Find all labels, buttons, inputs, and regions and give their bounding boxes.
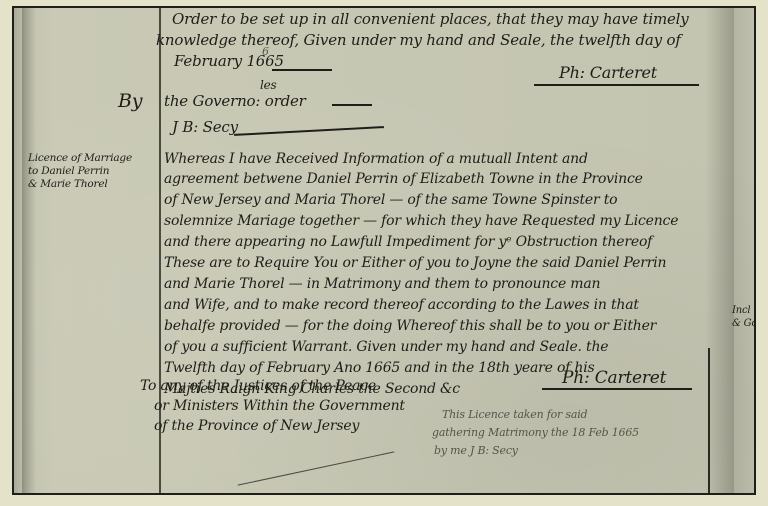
licence-line-7: and Marie Thorel — in Matrimony and them… <box>164 276 600 292</box>
signature-underline <box>542 388 692 390</box>
licence-line-2: agreement betwene Daniel Perrin of Eliza… <box>164 171 643 187</box>
flourish <box>272 69 332 71</box>
by-label: By <box>118 90 142 112</box>
secretary-signature: J B: Secy <box>172 118 238 136</box>
licence-signature: Ph: Carteret <box>562 368 666 388</box>
endorsement-line-3: by me J B: Secy <box>434 444 518 457</box>
flourish <box>238 451 395 485</box>
year-superscript: 6 <box>262 45 269 58</box>
licence-line-3: of New Jersey and Maria Thorel — of the … <box>164 192 617 208</box>
manuscript-photograph: Order to be set up in all convenient pla… <box>12 6 756 495</box>
margin-note-line: & Marie Thorel <box>28 178 132 191</box>
left-fold-shadow <box>22 8 36 493</box>
licence-line-4: solemnize Mariage together — for which t… <box>164 213 678 229</box>
right-edge-shadow <box>706 8 734 493</box>
endorsement-line-1: This Licence taken for said <box>442 408 587 421</box>
by-line-superscript: les <box>260 78 277 92</box>
licence-line-9: behalfe provided — for the doing Whereof… <box>164 318 656 334</box>
order-line-1: Order to be set up in all convenient pla… <box>172 10 689 28</box>
right-margin-line: Incl <box>732 304 756 317</box>
margin-note: Licence of Marriage to Daniel Perrin & M… <box>28 152 132 191</box>
licence-line-6: These are to Require You or Either of yo… <box>164 255 666 271</box>
licence-line-10: of you a sufficient Warrant. Given under… <box>164 339 608 355</box>
margin-note-line: to Daniel Perrin <box>28 165 132 178</box>
right-margin-fragment: Incl & Gov <box>732 304 756 330</box>
order-signature: Ph: Carteret <box>559 63 657 82</box>
document-page: Order to be set up in all convenient pla… <box>0 0 768 506</box>
licence-line-11: Twelfth day of February Ano 1665 and in … <box>164 360 595 376</box>
margin-note-line: Licence of Marriage <box>28 152 132 165</box>
right-edge-crease <box>708 348 710 495</box>
licence-line-5: and there appearing no Lawfull Impedimen… <box>164 234 652 250</box>
licence-line-8: and Wife, and to make record thereof acc… <box>164 297 639 313</box>
endorsement-line-2: gathering Matrimony the 18 Feb 1665 <box>432 426 639 439</box>
right-margin-line: & Gov <box>732 317 756 330</box>
by-line: the Governo: order <box>164 92 306 110</box>
order-line-2: knowledge thereof, Given under my hand a… <box>156 31 681 49</box>
licence-line-1: Whereas I have Received Information of a… <box>164 151 588 167</box>
flourish <box>332 104 372 106</box>
address-line-3: of the Province of New Jersey <box>154 418 359 434</box>
address-line-1: To any of the Justices of the Peace <box>140 378 376 394</box>
flourish <box>234 126 384 135</box>
signature-underline <box>534 84 699 86</box>
address-line-2: or Ministers Within the Government <box>154 398 405 414</box>
